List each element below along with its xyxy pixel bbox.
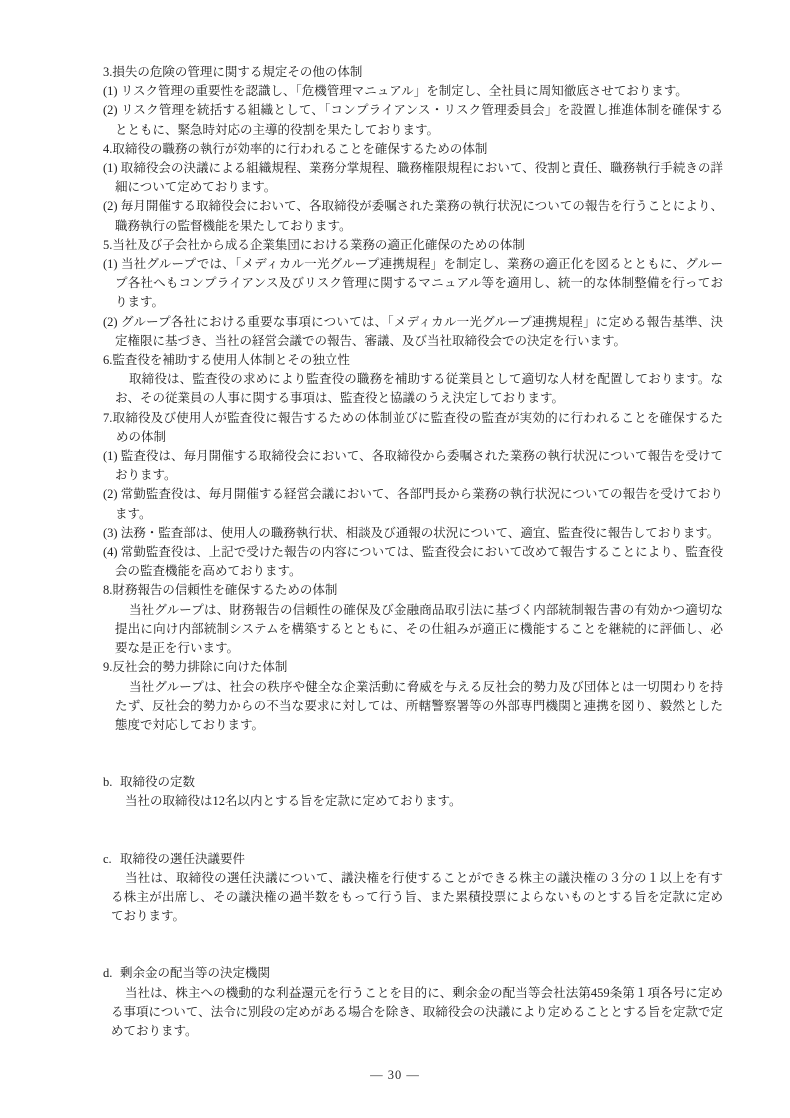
block-text: 財務報告の信頼性を確保するための体制 bbox=[112, 583, 337, 597]
block-text: グループ各社における重要な事項については、「メディカル一光グループ連携規程」に定… bbox=[115, 315, 723, 348]
block-marker: 8. bbox=[103, 583, 112, 597]
page-footer: ― 30 ― bbox=[0, 1066, 790, 1085]
text-block: 6.監査役を補助する使用人体制とその独立性 bbox=[103, 351, 723, 370]
block-text: 剰余金の配当等の決定機関 bbox=[120, 966, 270, 980]
block-marker: (1) bbox=[103, 161, 121, 175]
text-block: 当社グループは、財務報告の信頼性の確保及び金融商品取引法に基づく内部統制報告書の… bbox=[103, 601, 723, 659]
block-marker: (1) bbox=[103, 257, 121, 271]
text-block: (1) リスク管理の重要性を認識し、「危機管理マニュアル」を制定し、全社員に周知… bbox=[103, 82, 723, 101]
block-text: 常勤監査役は、上記で受けた報告の内容については、監査役会において改めて報告するこ… bbox=[115, 545, 723, 578]
text-block: 8.財務報告の信頼性を確保するための体制 bbox=[103, 581, 723, 600]
text-block: (2) リスク管理を統括する組織として、「コンプライアンス・リスク管理委員会」を… bbox=[103, 101, 723, 139]
text-block: 4.取締役の職務の執行が効率的に行われることを確保するための体制 bbox=[103, 140, 723, 159]
block-text: リスク管理を統括する組織として、「コンプライアンス・リスク管理委員会」を設置し推… bbox=[115, 103, 723, 136]
block-text: 監査役は、毎月開催する取締役会において、各取締役から委嘱された業務の執行状況につ… bbox=[115, 449, 723, 482]
text-block: (4) 常勤監査役は、上記で受けた報告の内容については、監査役会において改めて報… bbox=[103, 543, 723, 581]
text-block: 取締役は、監査役の求めにより監査役の職務を補助する従業員として適切な人材を配置し… bbox=[103, 370, 723, 408]
block-text: 当社は、取締役の選任決議について、議決権を行使することができる株主の議決権の３分… bbox=[111, 871, 723, 923]
text-block: 5.当社及び子会社から成る企業集団における業務の適正化確保のための体制 bbox=[103, 236, 723, 255]
block-marker: 7. bbox=[103, 411, 112, 425]
block-marker: b. bbox=[103, 773, 112, 792]
block-text: 当社グループは、社会の秩序や健全な企業活動に脅威を与える反社会的勢力及び団体とは… bbox=[115, 680, 723, 732]
block-marker: c. bbox=[103, 850, 112, 869]
block-text: 反社会的勢力排除に向けた体制 bbox=[112, 660, 287, 674]
block-text: リスク管理の重要性を認識し、「危機管理マニュアル」を制定し、全社員に周知徹底させ… bbox=[121, 84, 688, 98]
block-text: 常勤監査役は、毎月開催する経営会議において、各部門長から業務の執行状況についての… bbox=[115, 487, 723, 520]
block-marker: (1) bbox=[103, 84, 121, 98]
block-marker: (2) bbox=[103, 199, 121, 213]
block-marker: (2) bbox=[103, 315, 121, 329]
document-page: 3.損失の危険の管理に関する規定その他の体制(1) リスク管理の重要性を認識し、… bbox=[0, 0, 790, 1118]
block-text: 当社グループは、財務報告の信頼性の確保及び金融商品取引法に基づく内部統制報告書の… bbox=[115, 603, 723, 655]
block-text: 取締役の職務の執行が効率的に行われることを確保するための体制 bbox=[112, 142, 487, 156]
block-marker: d. bbox=[103, 964, 112, 983]
text-block: 9.反社会的勢力排除に向けた体制 bbox=[103, 658, 723, 677]
block-marker: (2) bbox=[103, 487, 121, 501]
block-marker: 6. bbox=[103, 353, 112, 367]
text-block: 当社は、株主への機動的な利益還元を行うことを目的に、剰余金の配当等会社法第459… bbox=[103, 984, 723, 1042]
text-block: (2) グループ各社における重要な事項については、「メディカル一光グループ連携規… bbox=[103, 313, 723, 351]
text-block: 当社は、取締役の選任決議について、議決権を行使することができる株主の議決権の３分… bbox=[103, 869, 723, 927]
block-text: 取締役の定数 bbox=[120, 775, 195, 789]
page-number: ― 30 ― bbox=[370, 1068, 420, 1082]
block-text: 取締役は、監査役の求めにより監査役の職務を補助する従業員として適切な人材を配置し… bbox=[115, 372, 723, 405]
text-block: (2) 毎月開催する取締役会において、各取締役が委嘱された業務の執行状況について… bbox=[103, 197, 723, 235]
text-block: 当社グループは、社会の秩序や健全な企業活動に脅威を与える反社会的勢力及び団体とは… bbox=[103, 678, 723, 736]
text-block: (2) 常勤監査役は、毎月開催する経営会議において、各部門長から業務の執行状況に… bbox=[103, 485, 723, 523]
text-block: (3) 法務・監査部は、使用人の職務執行状、相談及び通報の状況について、適宜、監… bbox=[103, 524, 723, 543]
block-text: 監査役を補助する使用人体制とその独立性 bbox=[112, 353, 350, 367]
block-text: 取締役会の決議による組織規程、業務分掌規程、職務権限規程において、役割と責任、職… bbox=[115, 161, 723, 194]
text-block: 当社の取締役は12名以内とする旨を定款に定めております。 bbox=[103, 792, 723, 811]
text-block: c.取締役の選任決議要件 bbox=[103, 850, 723, 869]
block-marker: (4) bbox=[103, 545, 121, 559]
block-marker: 4. bbox=[103, 142, 112, 156]
block-marker: 3. bbox=[103, 65, 112, 79]
block-text: 損失の危険の管理に関する規定その他の体制 bbox=[112, 65, 362, 79]
block-marker: (3) bbox=[103, 526, 121, 540]
block-text: 当社及び子会社から成る企業集団における業務の適正化確保のための体制 bbox=[112, 238, 525, 252]
block-text: 当社の取締役は12名以内とする旨を定款に定めております。 bbox=[125, 794, 462, 808]
text-block: (1) 監査役は、毎月開催する取締役会において、各取締役から委嘱された業務の執行… bbox=[103, 447, 723, 485]
block-marker: 9. bbox=[103, 660, 112, 674]
block-marker: 5. bbox=[103, 238, 112, 252]
text-block: (1) 当社グループでは、「メディカル一光グループ連携規程」を制定し、業務の適正… bbox=[103, 255, 723, 313]
document-body: 3.損失の危険の管理に関する規定その他の体制(1) リスク管理の重要性を認識し、… bbox=[103, 63, 723, 1041]
text-block: 7.取締役及び使用人が監査役に報告するための体制並びに監査役の監査が実効的に行わ… bbox=[103, 409, 723, 447]
block-marker: (2) bbox=[103, 103, 121, 117]
block-marker: (1) bbox=[103, 449, 121, 463]
text-block: 3.損失の危険の管理に関する規定その他の体制 bbox=[103, 63, 723, 82]
text-block: (1) 取締役会の決議による組織規程、業務分掌規程、職務権限規程において、役割と… bbox=[103, 159, 723, 197]
block-text: 取締役及び使用人が監査役に報告するための体制並びに監査役の監査が実効的に行われる… bbox=[112, 411, 723, 444]
block-text: 取締役の選任決議要件 bbox=[120, 852, 245, 866]
block-text: 当社グループでは、「メディカル一光グループ連携規程」を制定し、業務の適正化を図る… bbox=[115, 257, 723, 309]
block-text: 毎月開催する取締役会において、各取締役が委嘱された業務の執行状況についての報告を… bbox=[115, 199, 723, 232]
text-block: b.取締役の定数 bbox=[103, 773, 723, 792]
text-block: d.剰余金の配当等の決定機関 bbox=[103, 964, 723, 983]
block-text: 当社は、株主への機動的な利益還元を行うことを目的に、剰余金の配当等会社法第459… bbox=[111, 986, 723, 1038]
block-text: 法務・監査部は、使用人の職務執行状、相談及び通報の状況について、適宜、監査役に報… bbox=[121, 526, 720, 540]
